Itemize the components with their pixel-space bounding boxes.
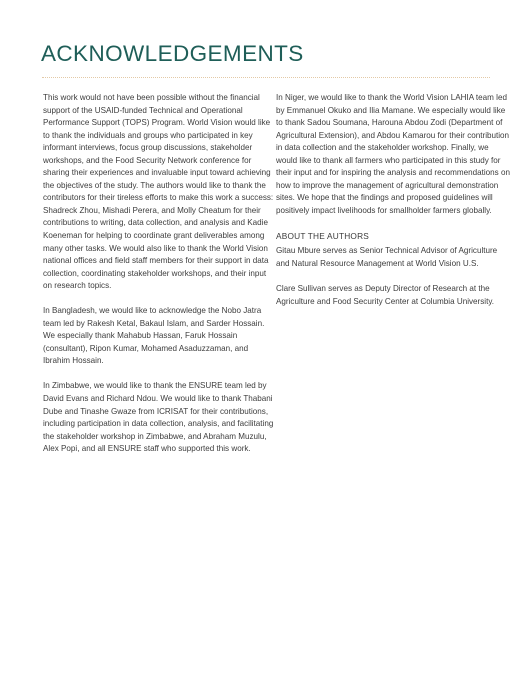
acknowledgement-paragraph-zimbabwe: In Zimbabwe, we would like to thank the … <box>43 380 275 455</box>
left-column: This work would not have been possible w… <box>43 92 275 468</box>
page-title: ACKNOWLEDGEMENTS <box>41 40 304 68</box>
title-dotted-rule <box>42 77 490 78</box>
about-authors-heading: ABOUT THE AUTHORS <box>276 230 512 243</box>
acknowledgement-paragraph-general: This work would not have been possible w… <box>43 92 275 293</box>
right-column: In Niger, we would like to thank the Wor… <box>276 92 512 321</box>
acknowledgement-paragraph-niger: In Niger, we would like to thank the Wor… <box>276 92 512 217</box>
author-bio-mbure: Gitau Mbure serves as Senior Technical A… <box>276 245 512 270</box>
author-bio-sullivan: Clare Sullivan serves as Deputy Director… <box>276 283 512 308</box>
acknowledgement-paragraph-bangladesh: In Bangladesh, we would like to acknowle… <box>43 305 275 368</box>
